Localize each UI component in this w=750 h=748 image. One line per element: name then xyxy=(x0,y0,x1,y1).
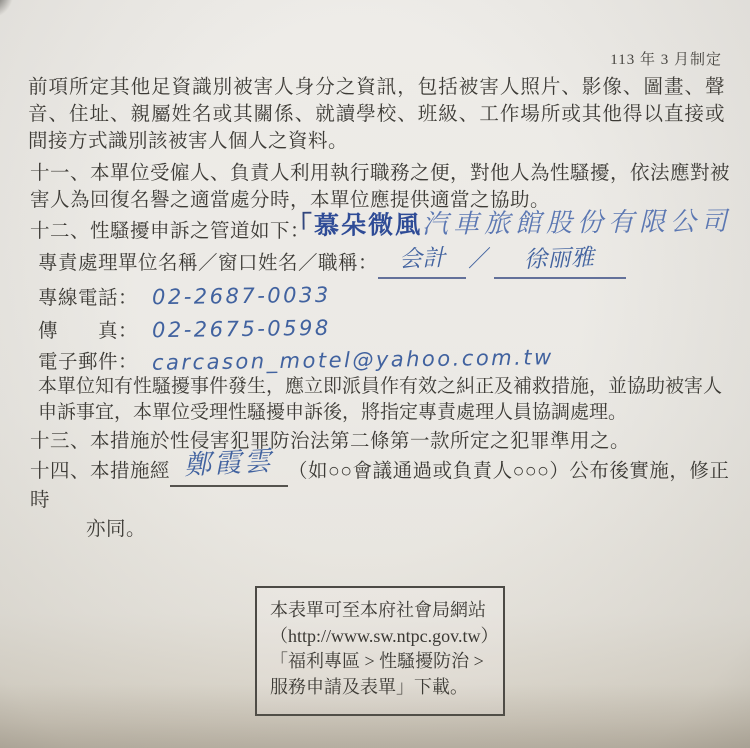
fax-row: 傳 真：02-2675-0598 xyxy=(38,317,331,345)
date-note: 113 年 3 月制定 xyxy=(610,48,722,69)
corner-smudge xyxy=(0,0,14,18)
notice-paragraph: 本單位知有性騷擾事件發生，應立即派員作有效之糾正及補救措施，並協助被害人申訴事宜… xyxy=(38,374,722,426)
item-13-paragraph: 十三、本措施於性侵害犯罪防治法第二條第一款所定之犯罪準用之。 xyxy=(30,428,630,455)
company-name-handwritten: 「慕朵微風汽車旅館股份有限公司 xyxy=(286,201,732,243)
unit-contact-label: 專責處理單位名稱／窗口姓名／職稱： xyxy=(38,253,378,274)
unit-contact-row: 專責處理單位名稱／窗口姓名／職稱：会計／徐丽雅 xyxy=(38,248,626,279)
company-name-suffix: 汽車旅館股份有限公司 xyxy=(422,207,732,240)
item-12-label: 十二、性騷擾申訴之管道如下： xyxy=(30,218,310,245)
item-14-continuation: 亦同。 xyxy=(86,516,736,543)
unit-name-handwritten: 徐丽雅 xyxy=(524,245,595,274)
download-info-line1: 本表單可至本府社會局網站 xyxy=(270,598,492,624)
fax-value-handwritten: 02-2675-0598 xyxy=(152,315,331,344)
download-info-url: （http://www.sw.ntpc.gov.tw） xyxy=(270,624,492,650)
download-info-box: 本表單可至本府社會局網站 （http://www.sw.ntpc.gov.tw）… xyxy=(255,586,505,716)
email-row: 電子郵件：carcason_motel@yahoo.com.tw xyxy=(38,348,554,376)
unit-title-field: 会計 xyxy=(378,249,466,279)
intro-paragraph: 前項所定其他足資識別被害人身分之資訊，包括被害人照片、影像、圖畫、聲音、住址、親… xyxy=(28,74,725,155)
email-label: 電子郵件： xyxy=(38,352,138,373)
signature-field: 鄭霞雲 xyxy=(170,455,288,487)
unit-title-handwritten: 会計 xyxy=(398,245,446,274)
phone-value-handwritten: 02-2687-0033 xyxy=(152,282,331,311)
email-value-handwritten: carcason_motel@yahoo.com.tw xyxy=(152,344,554,377)
unit-name-field: 徐丽雅 xyxy=(494,249,626,279)
signature-handwritten: 鄭霞雲 xyxy=(183,448,274,480)
download-info-path: 「福利專區 > 性騷擾防治 > 服務申請及表單」下載。 xyxy=(270,649,492,700)
company-stamp: 慕朵微風 xyxy=(314,210,422,240)
item-14-prefix: 十四、本措施經 xyxy=(30,461,170,482)
handwritten-bracket: 「 xyxy=(286,211,312,241)
fax-label: 傳 真： xyxy=(38,321,138,342)
handwritten-slash: ／ xyxy=(468,246,492,271)
phone-label: 專線電話： xyxy=(38,288,138,309)
scanned-document-page: 113 年 3 月制定 前項所定其他足資識別被害人身分之資訊，包括被害人照片、影… xyxy=(0,0,750,748)
phone-row: 專線電話：02-2687-0033 xyxy=(38,284,331,312)
item-14-paragraph: 十四、本措施經鄭霞雲（如○○會議通過或負責人○○○）公布後實施，修正時 亦同。 xyxy=(30,455,736,543)
